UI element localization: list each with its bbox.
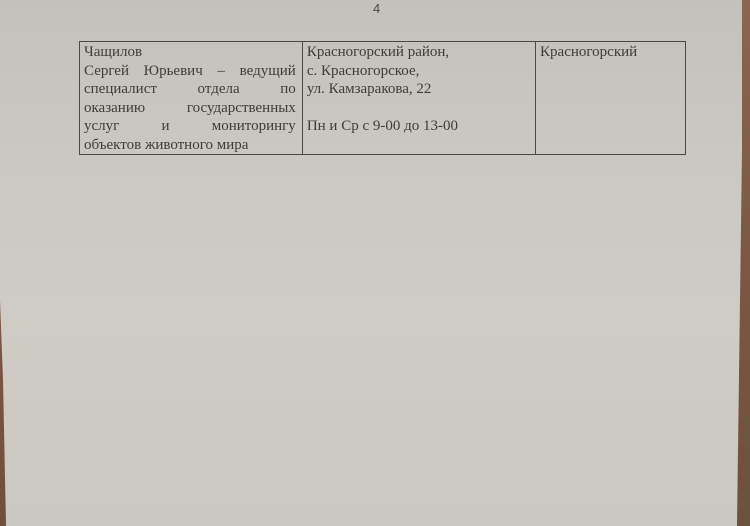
employee-surname: Чащилов	[84, 43, 296, 62]
employee-cell: Чащилов Сергей Юрьевич – ведущий специал…	[80, 42, 303, 155]
paper-sheet: 4 Чащилов Сергей Юрьевич – ведущий специ…	[0, 0, 742, 526]
reception-hours: Пн и Ср с 9-00 до 13-00	[307, 117, 529, 136]
employee-line: услуг и мониторингу	[84, 117, 296, 136]
address-cell: Красногорский район, с. Красногорское, у…	[302, 42, 535, 155]
district-cell: Красногорский	[536, 42, 686, 155]
employee-line: оказанию государственных	[84, 99, 296, 118]
employee-line: специалист отдела по	[84, 80, 296, 99]
address-line: с. Красногорское,	[307, 62, 529, 81]
district-name: Красногорский	[540, 43, 679, 62]
address-spacer	[307, 99, 529, 118]
contacts-table: Чащилов Сергей Юрьевич – ведущий специал…	[79, 41, 686, 155]
page-number: 4	[373, 1, 380, 16]
table-row: Чащилов Сергей Юрьевич – ведущий специал…	[80, 42, 686, 155]
employee-line: Сергей Юрьевич – ведущий	[84, 62, 296, 81]
employee-line-last: объектов животного мира	[84, 136, 296, 155]
address-line: ул. Камзаракова, 22	[307, 80, 529, 99]
address-line: Красногорский район,	[307, 43, 529, 62]
